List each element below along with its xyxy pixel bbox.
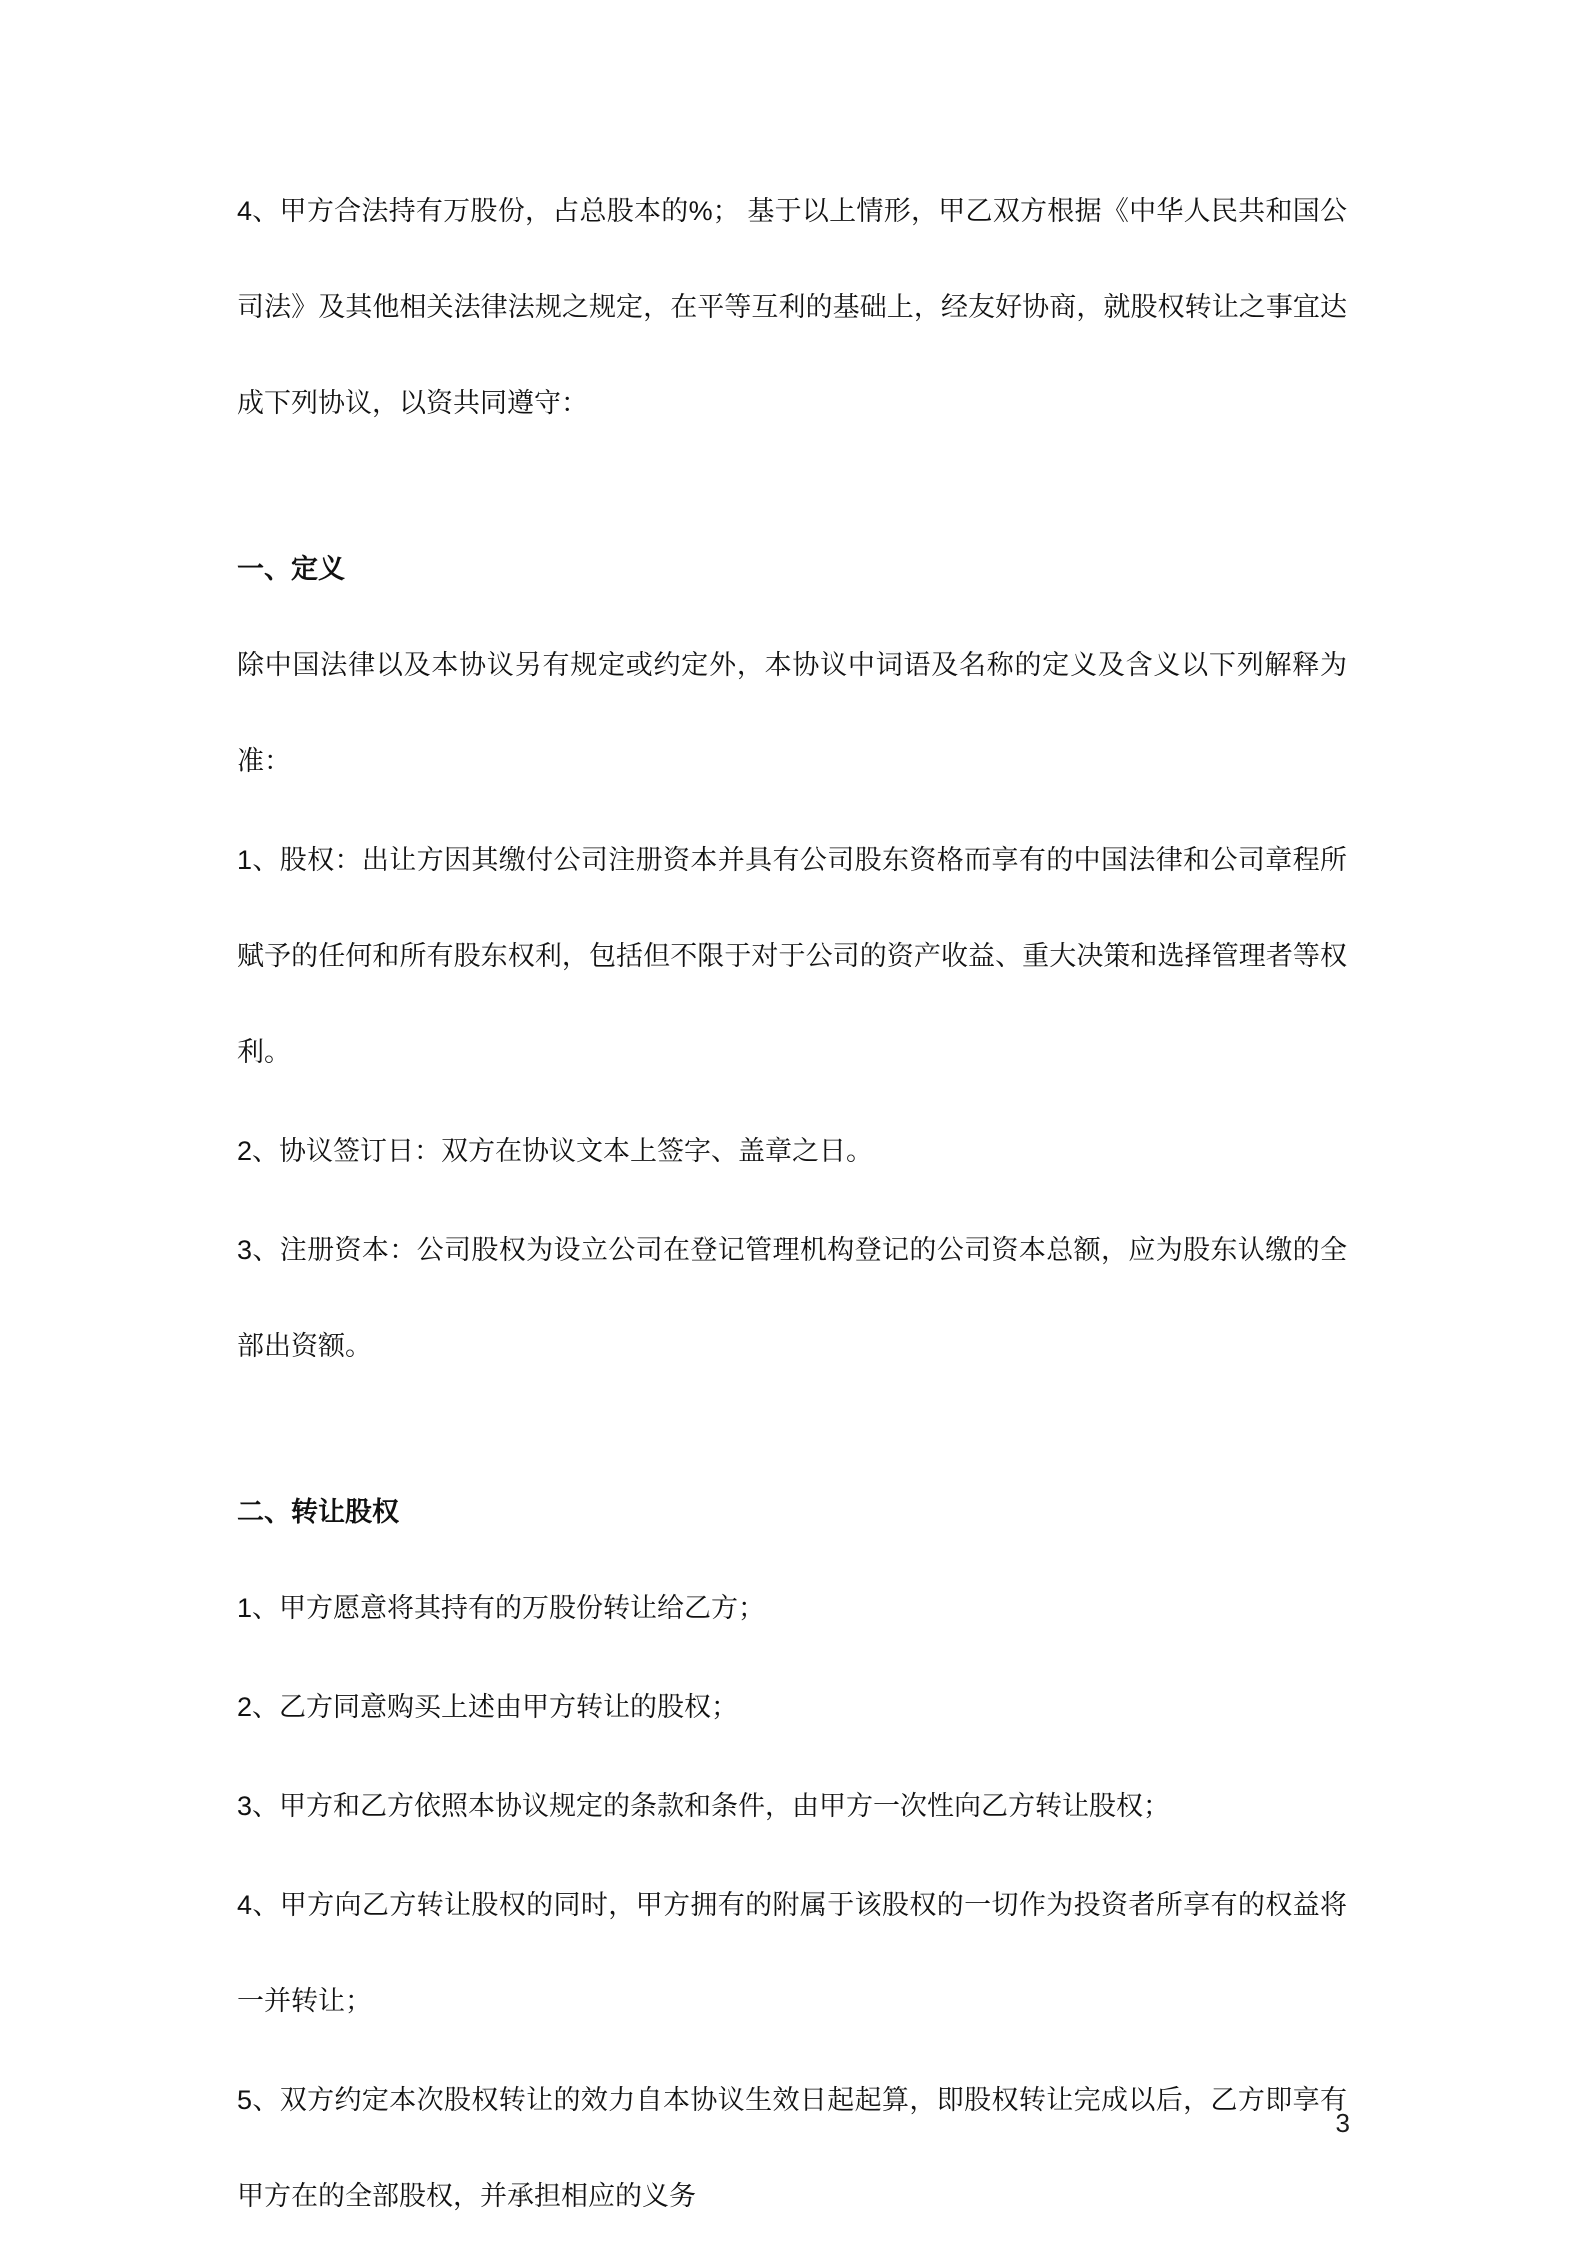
definition-item-registered-capital: 3、注册资本：公司股权为设立公司在登记管理机构登记的公司资本总额，应为股东认缴的… (237, 1202, 1347, 1394)
transfer-item-1: 1、甲方愿意将其持有的万股份转让给乙方； (237, 1560, 1347, 1656)
document-page: 4、甲方合法持有万股份，占总股本的%； 基于以上情形，甲乙双方根据《中华人民共和… (0, 0, 1586, 2244)
section-heading-equity-transfer: 二、转让股权 (237, 1464, 1347, 1560)
transfer-item-5: 5、双方约定本次股权转让的效力自本协议生效日起起算，即股权转让完成以后，乙方即享… (237, 2052, 1347, 2244)
transfer-item-3: 3、甲方和乙方依照本协议规定的条款和条件，由甲方一次性向乙方转让股权； (237, 1758, 1347, 1854)
page-number: 3 (1336, 2106, 1350, 2140)
definitions-lead-paragraph: 除中国法律以及本协议另有规定或约定外，本协议中词语及名称的定义及含义以下列解释为… (237, 617, 1347, 809)
section-heading-definitions: 一、定义 (237, 521, 1347, 617)
transfer-item-4: 4、甲方向乙方转让股权的同时，甲方拥有的附属于该股权的一切作为投资者所享有的权益… (237, 1857, 1347, 2049)
definition-item-signing-date: 2、协议签订日：双方在协议文本上签字、盖章之日。 (237, 1103, 1347, 1199)
document-body: 4、甲方合法持有万股份，占总股本的%； 基于以上情形，甲乙双方根据《中华人民共和… (237, 163, 1347, 2244)
intro-paragraph: 4、甲方合法持有万股份，占总股本的%； 基于以上情形，甲乙双方根据《中华人民共和… (237, 163, 1347, 451)
transfer-item-2: 2、乙方同意购买上述由甲方转让的股权； (237, 1659, 1347, 1755)
definition-item-equity: 1、股权：出让方因其缴付公司注册资本并具有公司股东资格而享有的中国法律和公司章程… (237, 812, 1347, 1100)
